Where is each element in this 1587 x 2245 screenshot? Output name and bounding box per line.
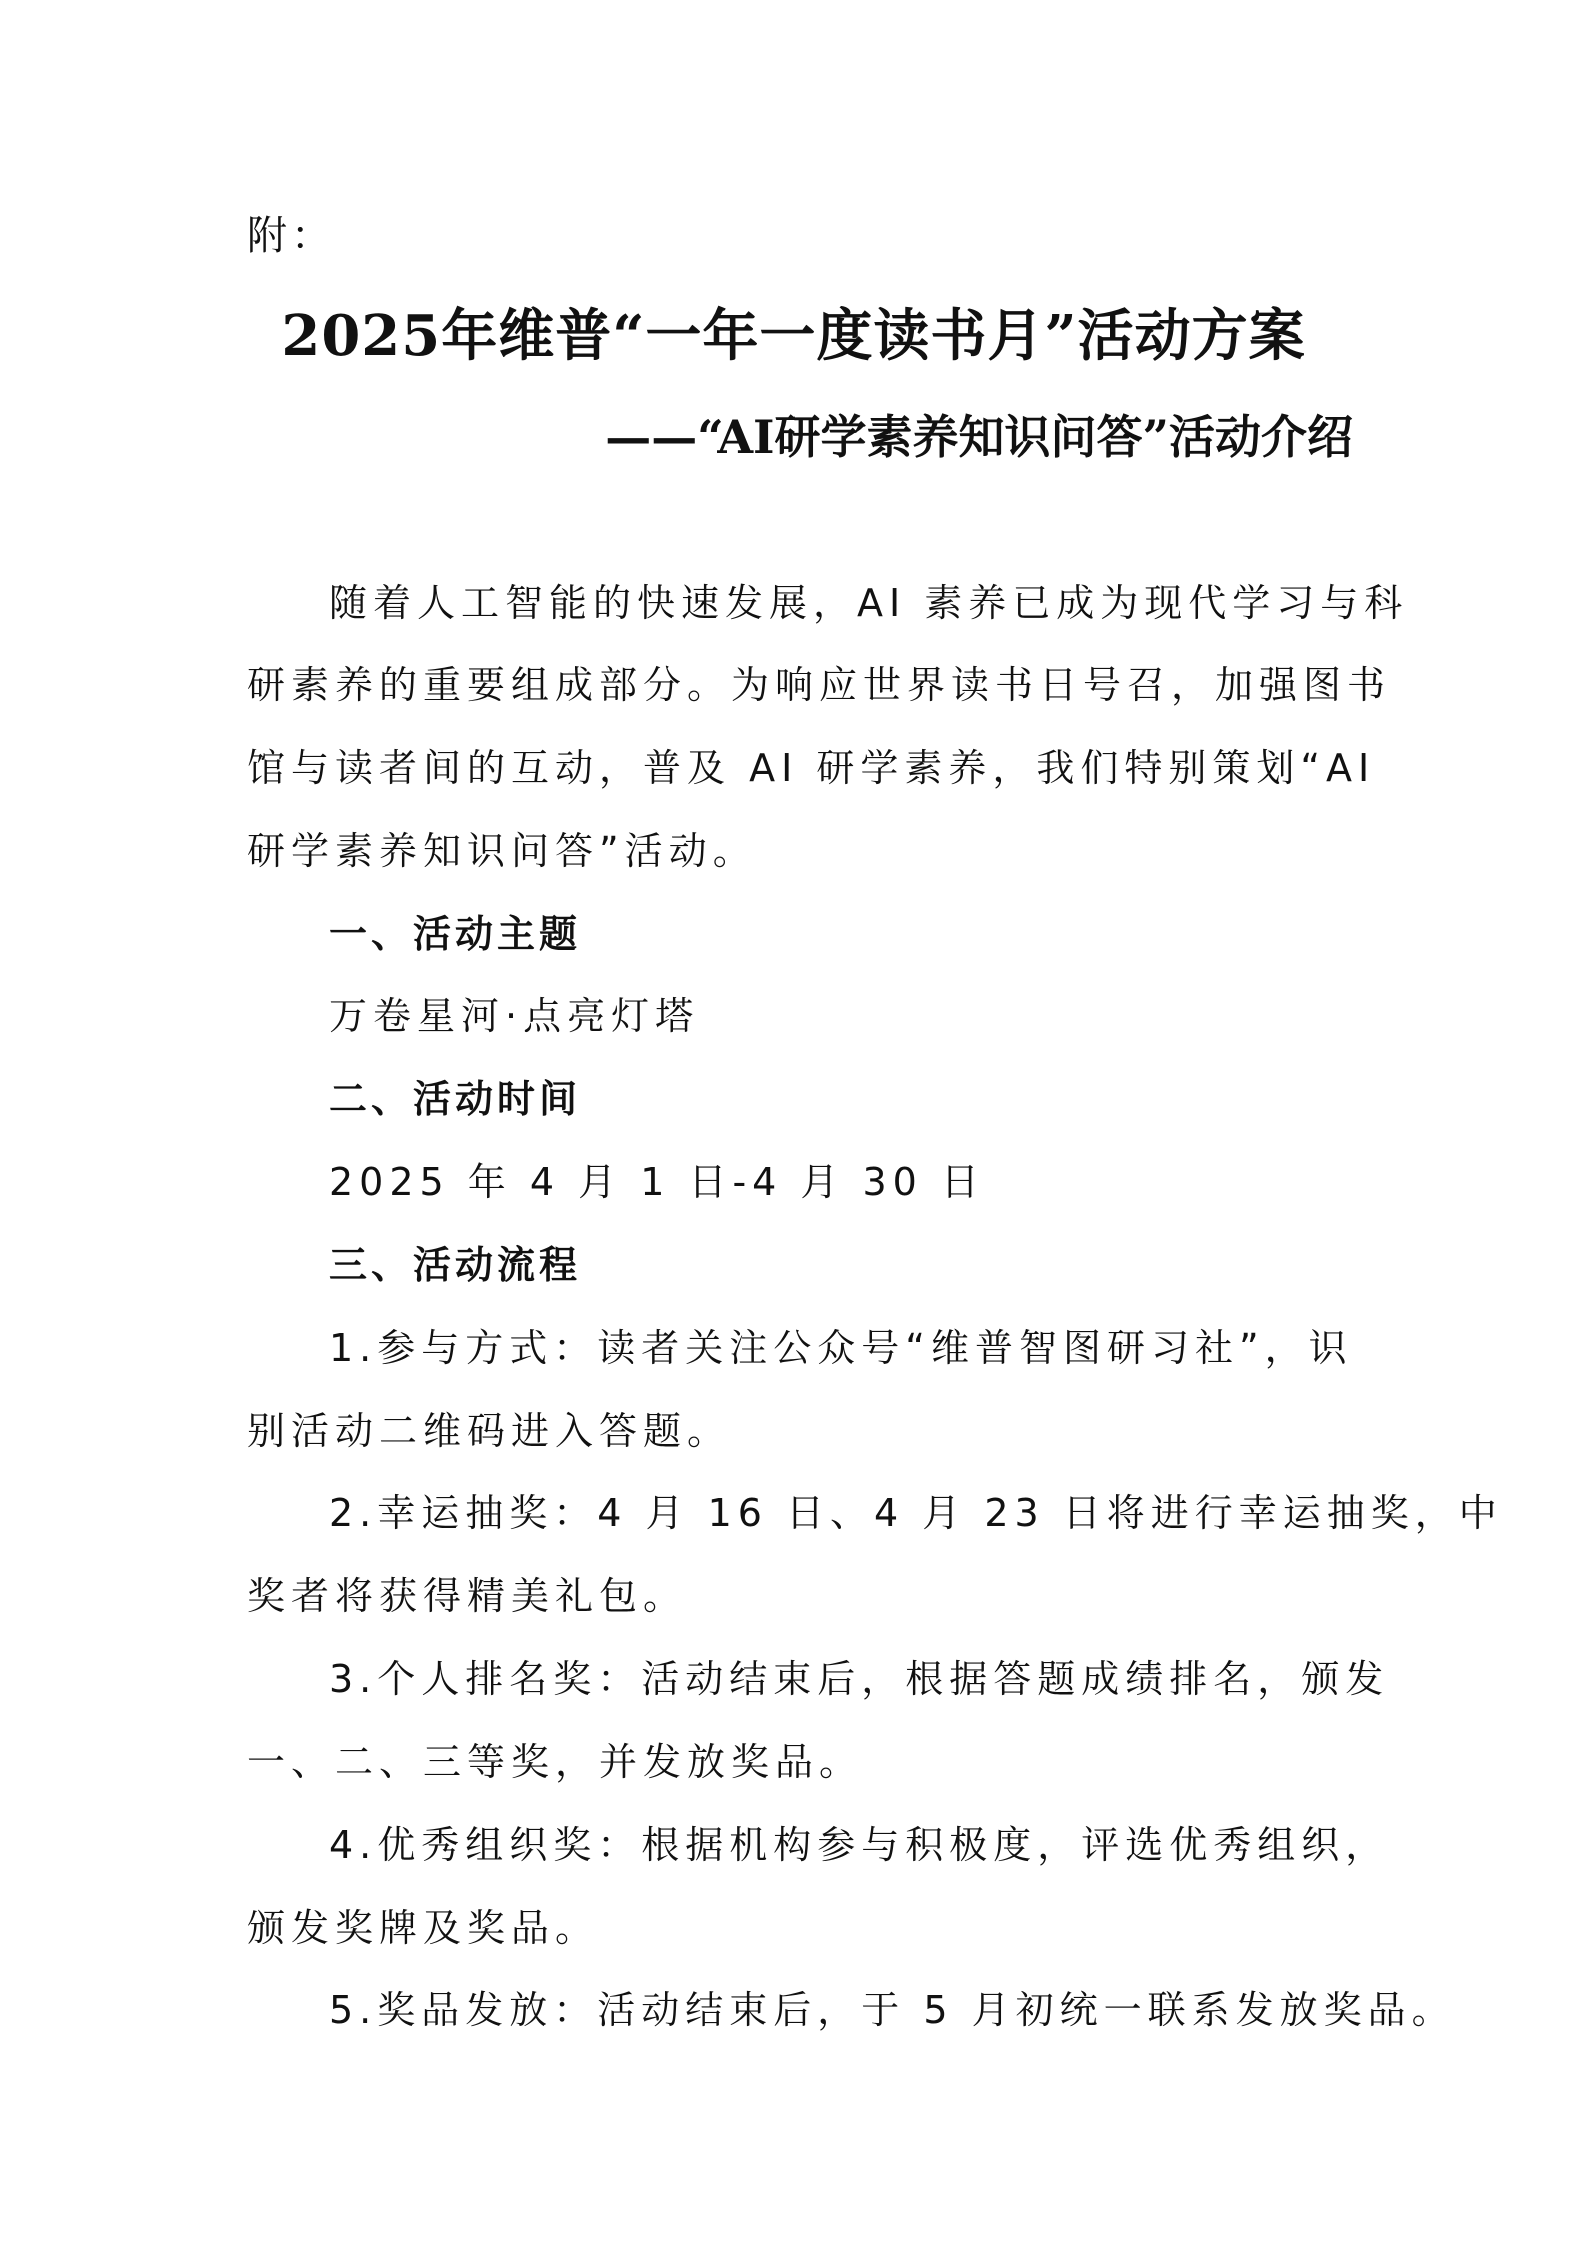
process-item-organization: 4.优秀组织奖：根据机构参与积极度，评选优秀组织， bbox=[329, 1817, 1389, 1873]
process-item-organization-cont: 颁发奖牌及奖品。 bbox=[247, 1900, 599, 1956]
attachment-label: 附： bbox=[247, 208, 335, 264]
process-item-lottery-cont: 奖者将获得精美礼包。 bbox=[247, 1568, 687, 1624]
document-subtitle: ——“AI研学素养知识问答”活动介绍 bbox=[605, 404, 1353, 470]
theme-content: 万卷星河·点亮灯塔 bbox=[329, 988, 699, 1044]
section-heading-time: 二、活动时间 bbox=[329, 1071, 581, 1127]
process-item-participation: 1.参与方式：读者关注公众号“维普智图研习社”，识 bbox=[329, 1320, 1353, 1376]
document-title: 2025年维普“一年一度读书月”活动方案 bbox=[0, 298, 1587, 374]
time-content: 2025 年 4 月 1 日-4 月 30 日 bbox=[329, 1154, 985, 1210]
process-item-prize-delivery: 5.奖品发放：活动结束后，于 5 月初统一联系发放奖品。 bbox=[329, 1982, 1456, 2038]
process-item-ranking: 3.个人排名奖：活动结束后，根据答题成绩排名，颁发 bbox=[329, 1651, 1389, 1707]
document-page: 附： 2025年维普“一年一度读书月”活动方案 ——“AI研学素养知识问答”活动… bbox=[0, 0, 1587, 2245]
process-item-lottery: 2.幸运抽奖：4 月 16 日、4 月 23 日将进行幸运抽奖，中 bbox=[329, 1485, 1503, 1541]
process-item-ranking-cont: 一、二、三等奖，并发放奖品。 bbox=[247, 1734, 863, 1790]
intro-line: 馆与读者间的互动，普及 AI 研学素养，我们特别策划“AI bbox=[247, 740, 1375, 796]
intro-line: 随着人工智能的快速发展，AI 素养已成为现代学习与科 bbox=[329, 575, 1408, 631]
section-heading-process: 三、活动流程 bbox=[329, 1237, 581, 1293]
process-item-participation-cont: 别活动二维码进入答题。 bbox=[247, 1403, 731, 1459]
section-heading-theme: 一、活动主题 bbox=[329, 906, 581, 962]
intro-line: 研素养的重要组成部分。为响应世界读书日号召，加强图书 bbox=[247, 657, 1391, 713]
intro-line: 研学素养知识问答”活动。 bbox=[247, 823, 757, 879]
